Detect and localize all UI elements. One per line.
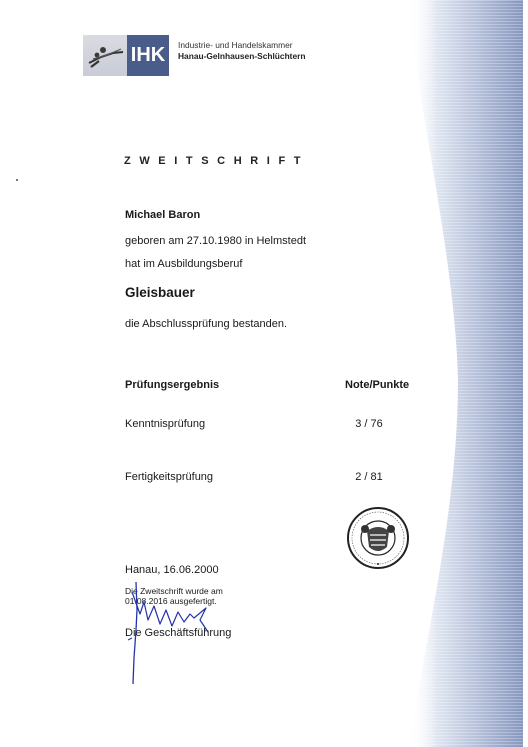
scan-speck — [16, 179, 18, 181]
organization-line2: Hanau-Gelnhausen-Schlüchtern — [178, 51, 306, 62]
result-row-value: 2 / 81 — [339, 471, 399, 483]
certificate-page: IHK Industrie- und Handelskammer Hanau-G… — [0, 0, 528, 747]
organization-name: Industrie- und Handelskammer Hanau-Gelnh… — [178, 40, 306, 62]
result-row-label: Fertigkeitsprüfung — [125, 471, 213, 483]
result-row-label: Kenntnisprüfung — [125, 418, 205, 430]
handwritten-signature — [110, 580, 220, 685]
passed-text: die Abschlussprüfung bestanden. — [125, 318, 287, 330]
results-header-value: Note/Punkte — [345, 379, 409, 391]
results-header-label: Prüfungsergebnis — [125, 379, 219, 391]
profession: Gleisbauer — [125, 285, 195, 300]
result-row-value: 3 / 76 — [339, 418, 399, 430]
ihk-logo: IHK — [83, 35, 169, 76]
decorative-blue-band — [0, 0, 528, 747]
place-date: Hanau, 16.06.2000 — [125, 564, 219, 576]
holder-name: Michael Baron — [125, 209, 200, 221]
birth-line: geboren am 27.10.1980 in Helmstedt — [125, 235, 306, 247]
official-seal-icon — [343, 505, 413, 571]
organization-line1: Industrie- und Handelskammer — [178, 40, 306, 51]
profession-intro: hat im Ausbildungsberuf — [125, 258, 242, 270]
ihk-figure-icon — [83, 35, 127, 76]
logo-text: IHK — [127, 35, 169, 76]
document-title: ZWEITSCHRIFT — [124, 155, 309, 167]
